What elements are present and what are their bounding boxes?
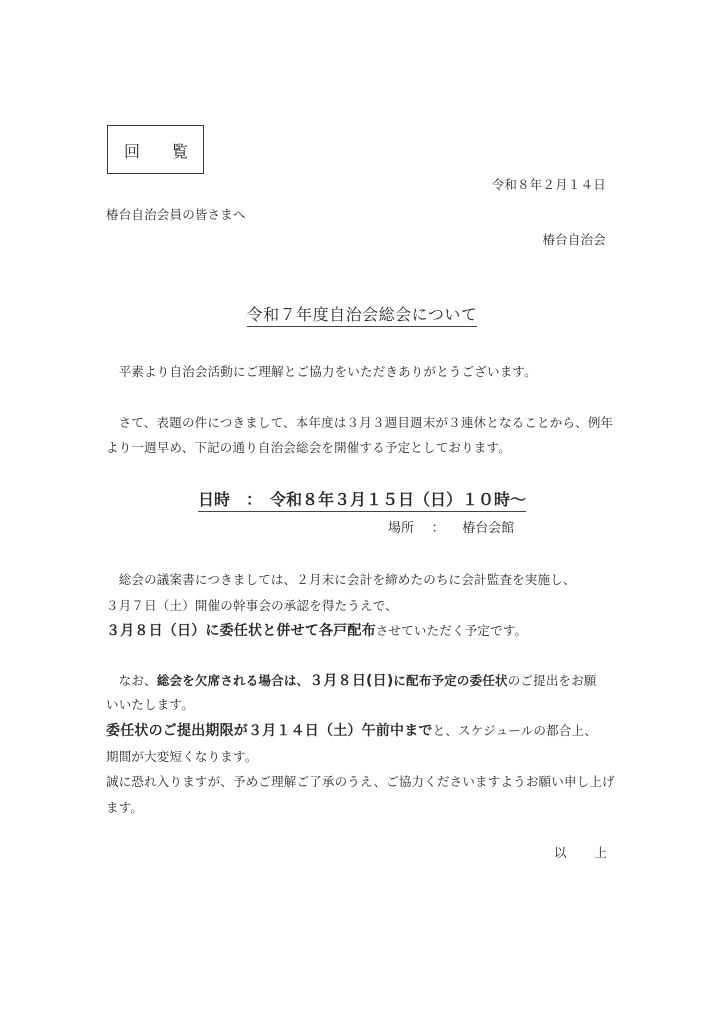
intro-line-1: さて、表題の件につきまして、本年度は３月３週目週末が３連休となることから、例年 — [106, 413, 613, 431]
proxy-text: のご提出をお願 — [508, 673, 597, 688]
addressee: 椿台自治会員の皆さまへ — [106, 205, 246, 223]
document-title: 令和７年度自治会総会について — [0, 302, 724, 325]
proxy-line-2: いいたします。 — [106, 695, 194, 713]
closing-mark: 以上 — [554, 843, 607, 861]
meeting-datetime-text: 日時 ： 令和８年３月１５日（日）１０時～ — [198, 490, 526, 512]
agenda-highlight: ３月８日（日）に委任状と併せて各戸配布 — [106, 623, 376, 639]
circulation-char-1: 回 — [124, 139, 140, 162]
deadline-highlight: 委任状のご提出期限が３月１４日（土）午前中まで — [106, 723, 433, 739]
proxy-text: なお、 — [106, 673, 157, 688]
place-separator: ： — [418, 517, 458, 536]
proxy-line-1: なお、総会を欠席される場合は、３月８日(日)に配布予定の委任状のご提出をお願 — [106, 670, 597, 690]
document-date: 令和８年２月１４日 — [492, 175, 606, 193]
greeting-paragraph: 平素より自治会活動にご理解とご協力をいただきありがとうございます。 — [106, 362, 537, 380]
circulation-char-2: 覧 — [172, 139, 188, 162]
sender: 椿台自治会 — [542, 230, 606, 248]
agenda-line-1: 総会の議案書につきましては、２月末に会計を締めたのちに会計監査を実施し、 — [106, 570, 576, 588]
proxy-highlight: に配布予定の委任状 — [393, 673, 507, 688]
closing-char-2: 上 — [595, 845, 608, 860]
closing-char-1: 以 — [554, 845, 567, 860]
proxy-highlight-date: ３月８日(日) — [309, 673, 393, 689]
agenda-line-3: ３月８日（日）に委任状と併せて各戸配布させていただく予定です。 — [106, 620, 527, 640]
agenda-line-2: ３月７日（土）開催の幹事会の承認を得たうえで、 — [106, 596, 398, 614]
place-label: 場所 — [388, 521, 414, 536]
proxy-line-6: ます。 — [106, 798, 143, 816]
meeting-datetime: 日時 ： 令和８年３月１５日（日）１０時～ — [0, 487, 724, 510]
proxy-line-3: 委任状のご提出期限が３月１４日（土）午前中までと、スケジュールの都合上、 — [106, 720, 597, 740]
proxy-line-3-rest: と、スケジュールの都合上、 — [433, 723, 597, 738]
intro-line-2: より一週早め、下記の通り自治会総会を開催する予定としております。 — [106, 438, 511, 456]
agenda-line-3-rest: させていただく予定です。 — [376, 623, 527, 638]
document-title-text: 令和７年度自治会総会について — [247, 305, 478, 327]
proxy-line-5: 誠に恐れ入りますが、予めご理解ご了承のうえ、ご協力くださいますようお願い申し上げ — [106, 772, 615, 790]
meeting-place: 場所 ： 椿台会館 — [388, 517, 514, 536]
proxy-line-4: 期間が大変短くなります。 — [106, 747, 257, 765]
circulation-stamp-box: 回 覧 — [107, 125, 204, 174]
place-value: 椿台会館 — [462, 521, 514, 536]
proxy-highlight: 総会を欠席される場合は、 — [157, 673, 309, 688]
